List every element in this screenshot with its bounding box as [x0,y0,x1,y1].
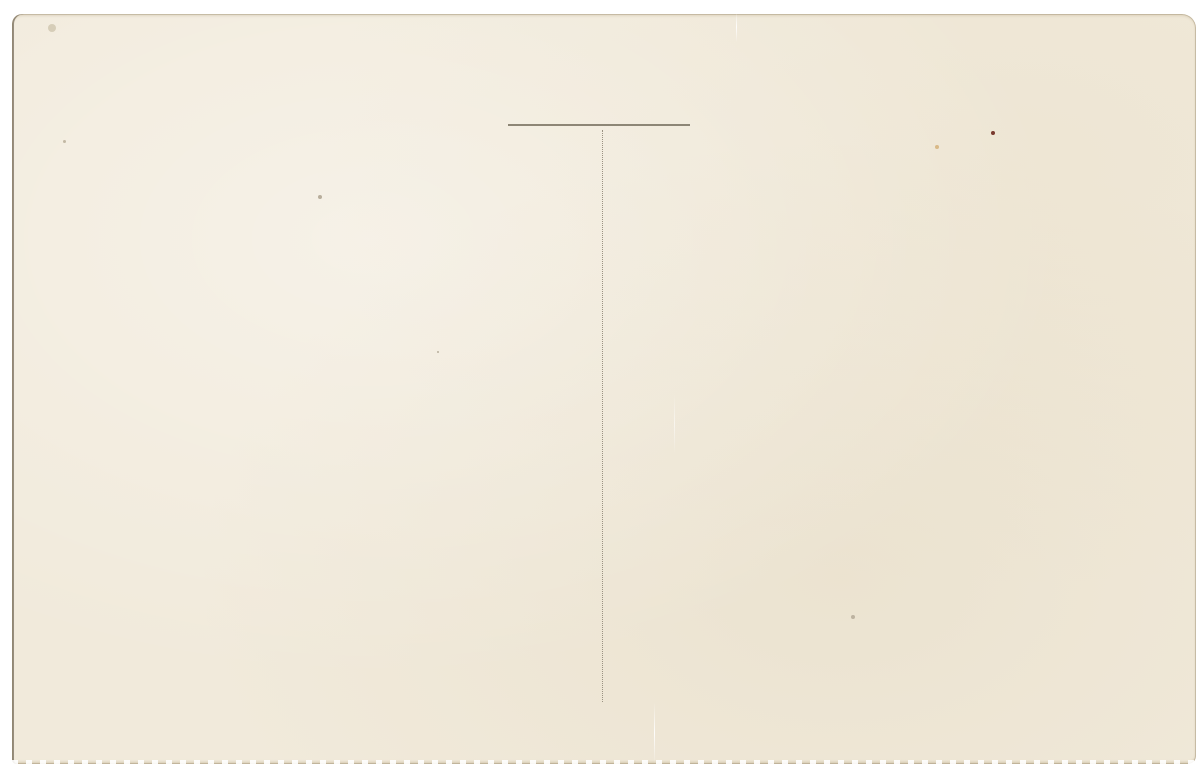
paper-crease [654,702,655,764]
speck-mark [63,140,66,143]
scan-background [0,0,1200,773]
paper-crease [674,394,675,454]
speck-mark [318,195,322,199]
paper-crease [736,12,737,42]
stamp-area-rule [508,124,690,126]
bottom-edge-wear [12,760,1196,764]
speck-mark [851,615,855,619]
dotted-divider-line [602,130,603,702]
speck-mark [48,24,56,32]
postcard-back [12,14,1196,764]
speck-mark [991,131,995,135]
speck-mark [437,351,439,353]
speck-mark [935,145,939,149]
